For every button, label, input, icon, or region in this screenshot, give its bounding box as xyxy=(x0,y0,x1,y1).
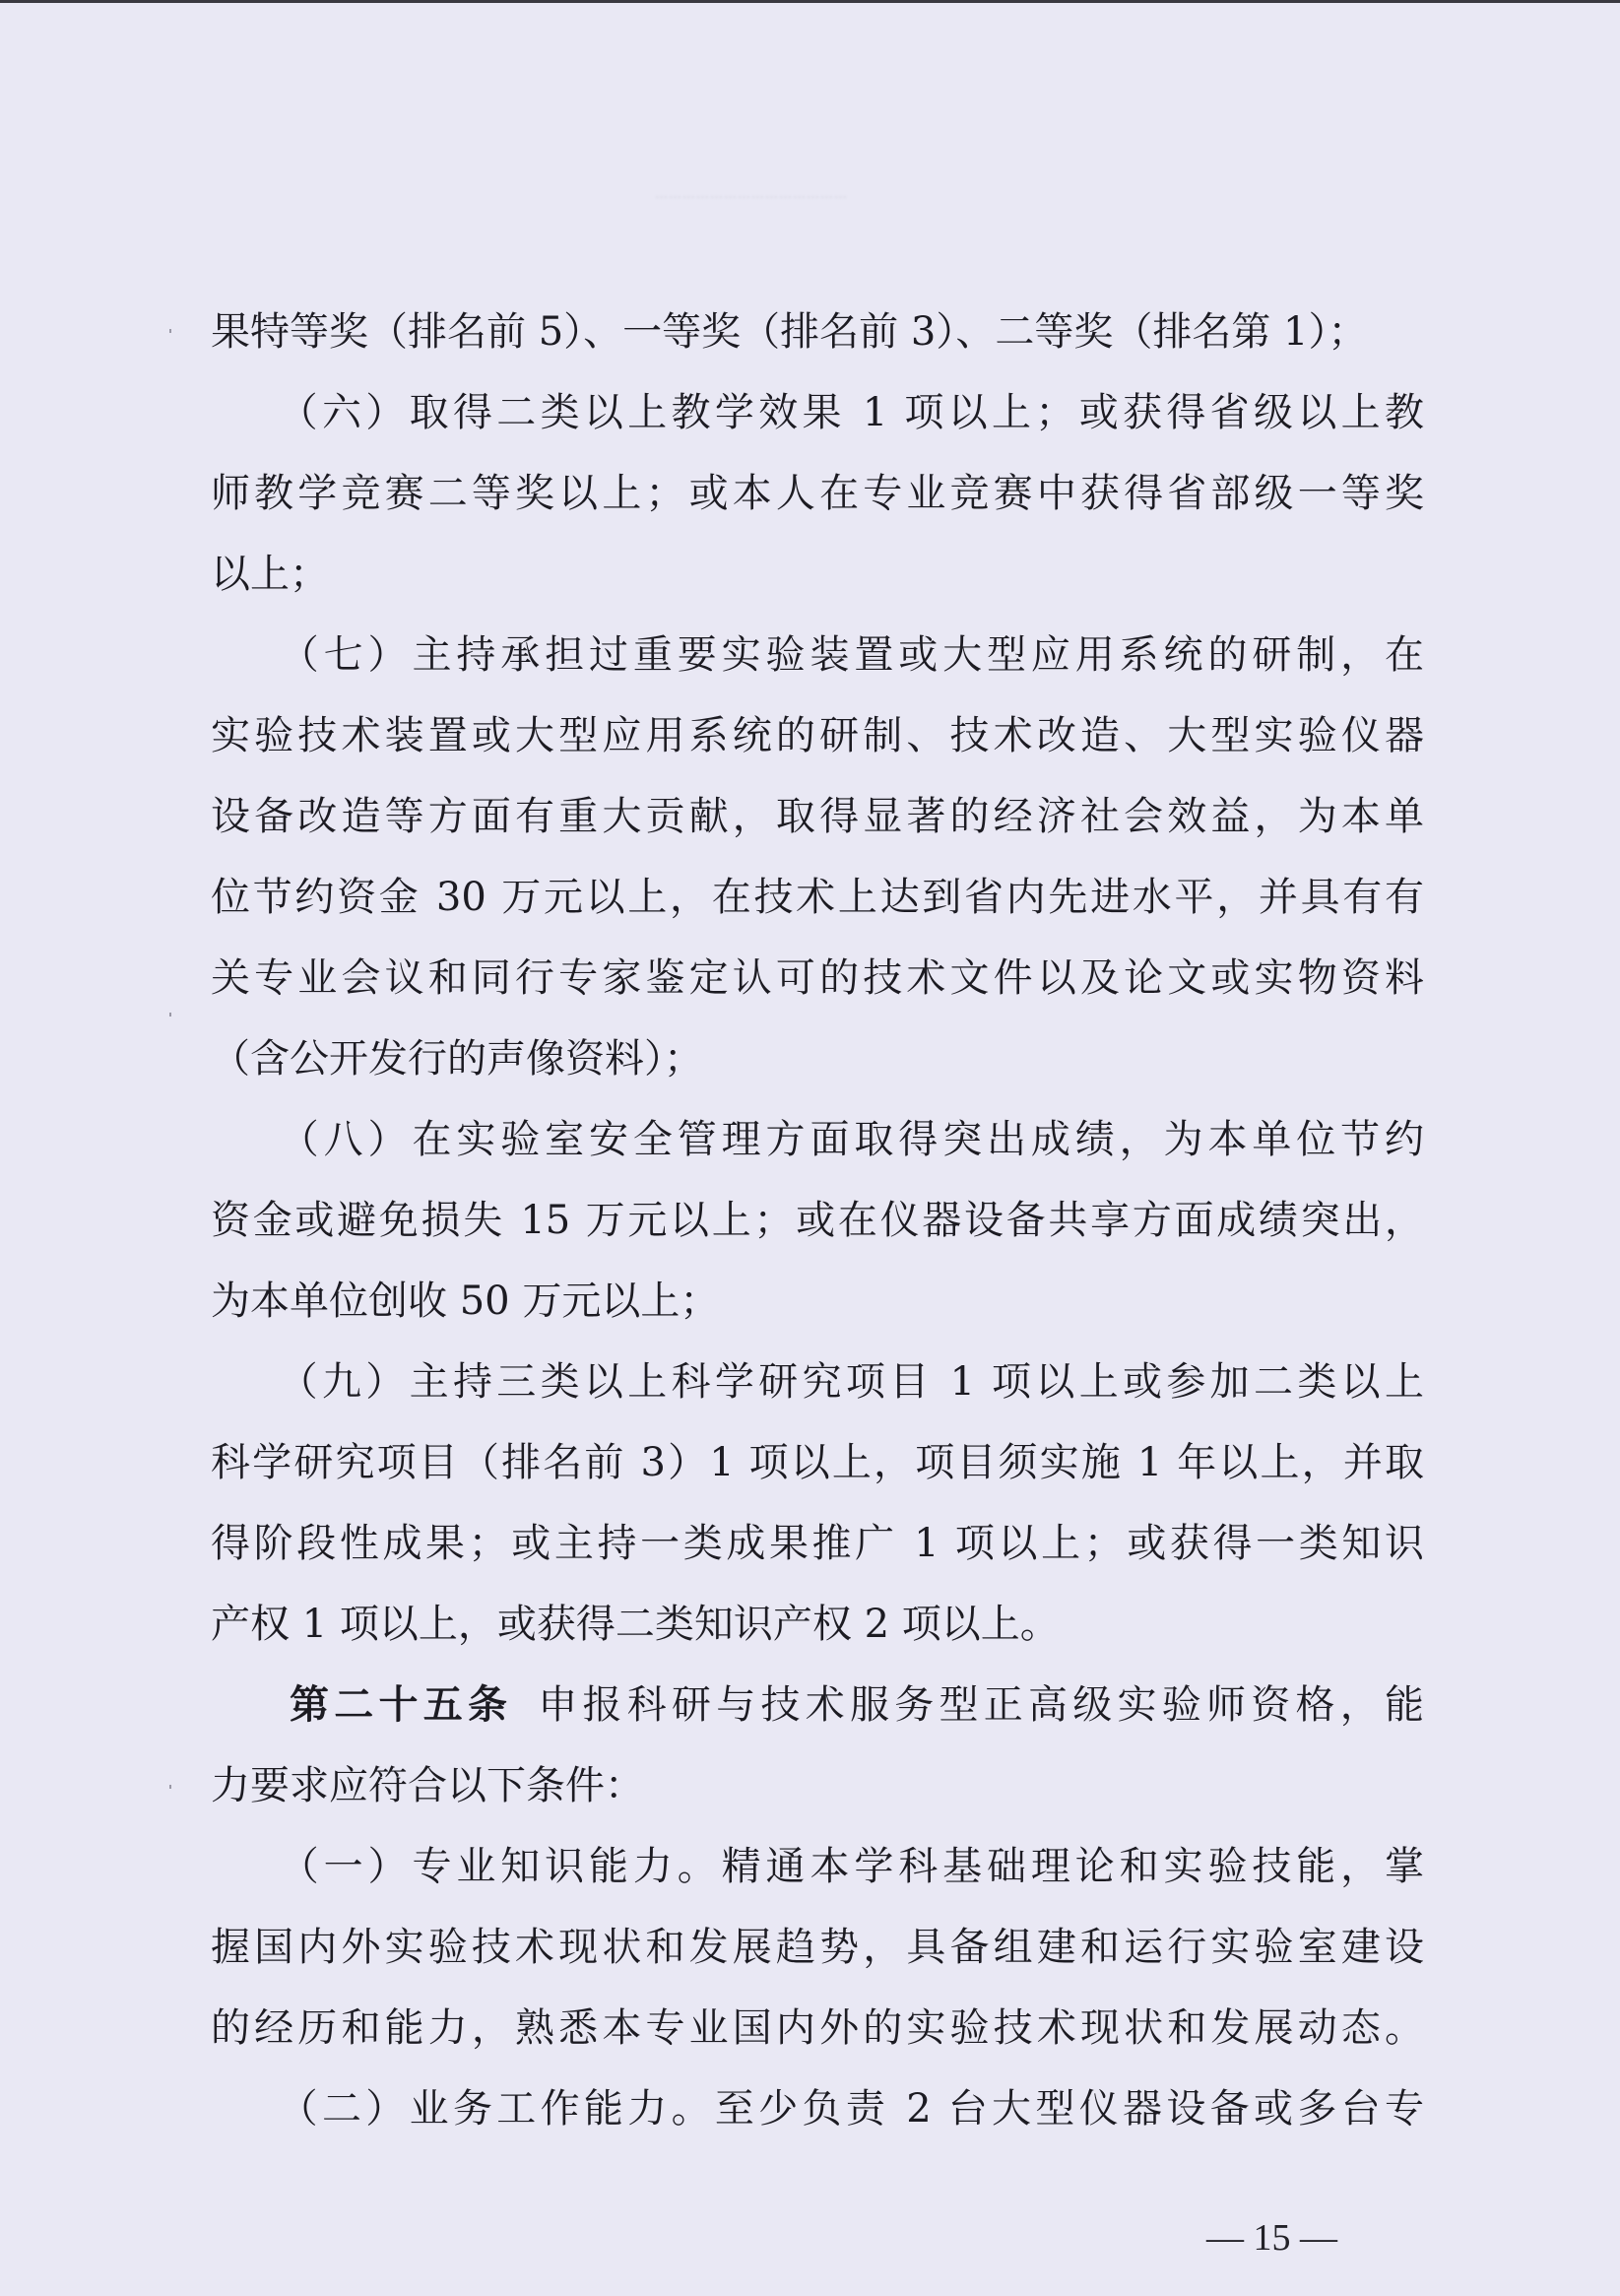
text-line: 师教学竞赛二等奖以上；或本人在专业竞赛中获得省部级一等奖 xyxy=(211,453,1424,534)
faded-header-text: …………………………………… xyxy=(655,187,960,203)
text-line: （七）主持承担过重要实验装置或大型应用系统的研制，在 xyxy=(211,615,1424,695)
scan-top-edge xyxy=(0,0,1620,3)
text-line: （六）取得二类以上教学效果 1 项以上；或获得省级以上教 xyxy=(211,372,1424,453)
text-line: 为本单位创收 50 万元以上； xyxy=(211,1261,1424,1342)
text-line: 位节约资金 30 万元以上，在技术上达到省内先进水平，并具有有 xyxy=(211,857,1424,938)
text-line: （一）专业知识能力。精通本学科基础理论和实验技能，掌 xyxy=(211,1826,1424,1907)
text-line: 得阶段性成果；或主持一类成果推广 1 项以上；或获得一类知识 xyxy=(211,1503,1424,1584)
text-line: 关专业会议和同行专家鉴定认可的技术文件以及论文或实物资料 xyxy=(211,938,1424,1018)
scan-speck xyxy=(169,329,171,333)
document-body: 果特等奖（排名前 5）、一等奖（排名前 3）、二等奖（排名第 1）； （六）取得… xyxy=(211,292,1424,2149)
paragraph-item-6: （六）取得二类以上教学效果 1 项以上；或获得省级以上教 师教学竞赛二等奖以上；… xyxy=(211,372,1424,615)
article-label: 第二十五条 xyxy=(290,1681,512,1728)
article-text: 申报科研与技术服务型正高级实验师资格，能 xyxy=(538,1682,1424,1728)
paragraph-requirement-1: （一）专业知识能力。精通本学科基础理论和实验技能，掌 握国内外实验技术现状和发展… xyxy=(211,1826,1424,2068)
text-line: 的经历和能力，熟悉本专业国内外的实验技术现状和发展动态。 xyxy=(211,1988,1424,2068)
text-line: （九）主持三类以上科学研究项目 1 项以上或参加二类以上 xyxy=(211,1342,1424,1422)
text-line: 科学研究项目（排名前 3）1 项以上，项目须实施 1 年以上，并取 xyxy=(211,1422,1424,1503)
text-line: 实验技术装置或大型应用系统的研制、技术改造、大型实验仪器 xyxy=(211,695,1424,776)
paragraph-continuation: 果特等奖（排名前 5）、一等奖（排名前 3）、二等奖（排名第 1）； xyxy=(211,292,1424,372)
text-line: 产权 1 项以上，或获得二类知识产权 2 项以上。 xyxy=(211,1584,1424,1665)
scan-speck xyxy=(169,1013,171,1017)
scan-speck xyxy=(169,1785,171,1789)
text-line: 第二十五条申报科研与技术服务型正高级实验师资格，能 xyxy=(211,1665,1424,1745)
text-line: （含公开发行的声像资料）； xyxy=(211,1018,1424,1099)
text-line: 握国内外实验技术现状和发展趋势，具备组建和运行实验室建设 xyxy=(211,1907,1424,1988)
paragraph-requirement-2: （二）业务工作能力。至少负责 2 台大型仪器设备或多台专 xyxy=(211,2068,1424,2149)
text-line: （八）在实验室安全管理方面取得突出成绩，为本单位节约 xyxy=(211,1099,1424,1180)
text-line: （二）业务工作能力。至少负责 2 台大型仪器设备或多台专 xyxy=(211,2068,1424,2149)
page-number: — 15 — xyxy=(1206,2216,1337,2260)
text-line: 果特等奖（排名前 5）、一等奖（排名前 3）、二等奖（排名第 1）； xyxy=(211,292,1424,372)
paragraph-article-25: 第二十五条申报科研与技术服务型正高级实验师资格，能 力要求应符合以下条件： xyxy=(211,1665,1424,1826)
text-line: 力要求应符合以下条件： xyxy=(211,1745,1424,1826)
text-line: 资金或避免损失 15 万元以上；或在仪器设备共享方面成绩突出， xyxy=(211,1180,1424,1261)
text-line: 以上； xyxy=(211,534,1424,615)
paragraph-item-7: （七）主持承担过重要实验装置或大型应用系统的研制，在 实验技术装置或大型应用系统… xyxy=(211,615,1424,1099)
paragraph-item-9: （九）主持三类以上科学研究项目 1 项以上或参加二类以上 科学研究项目（排名前 … xyxy=(211,1342,1424,1665)
paragraph-item-8: （八）在实验室安全管理方面取得突出成绩，为本单位节约 资金或避免损失 15 万元… xyxy=(211,1099,1424,1342)
text-line: 设备改造等方面有重大贡献，取得显著的经济社会效益，为本单 xyxy=(211,776,1424,857)
